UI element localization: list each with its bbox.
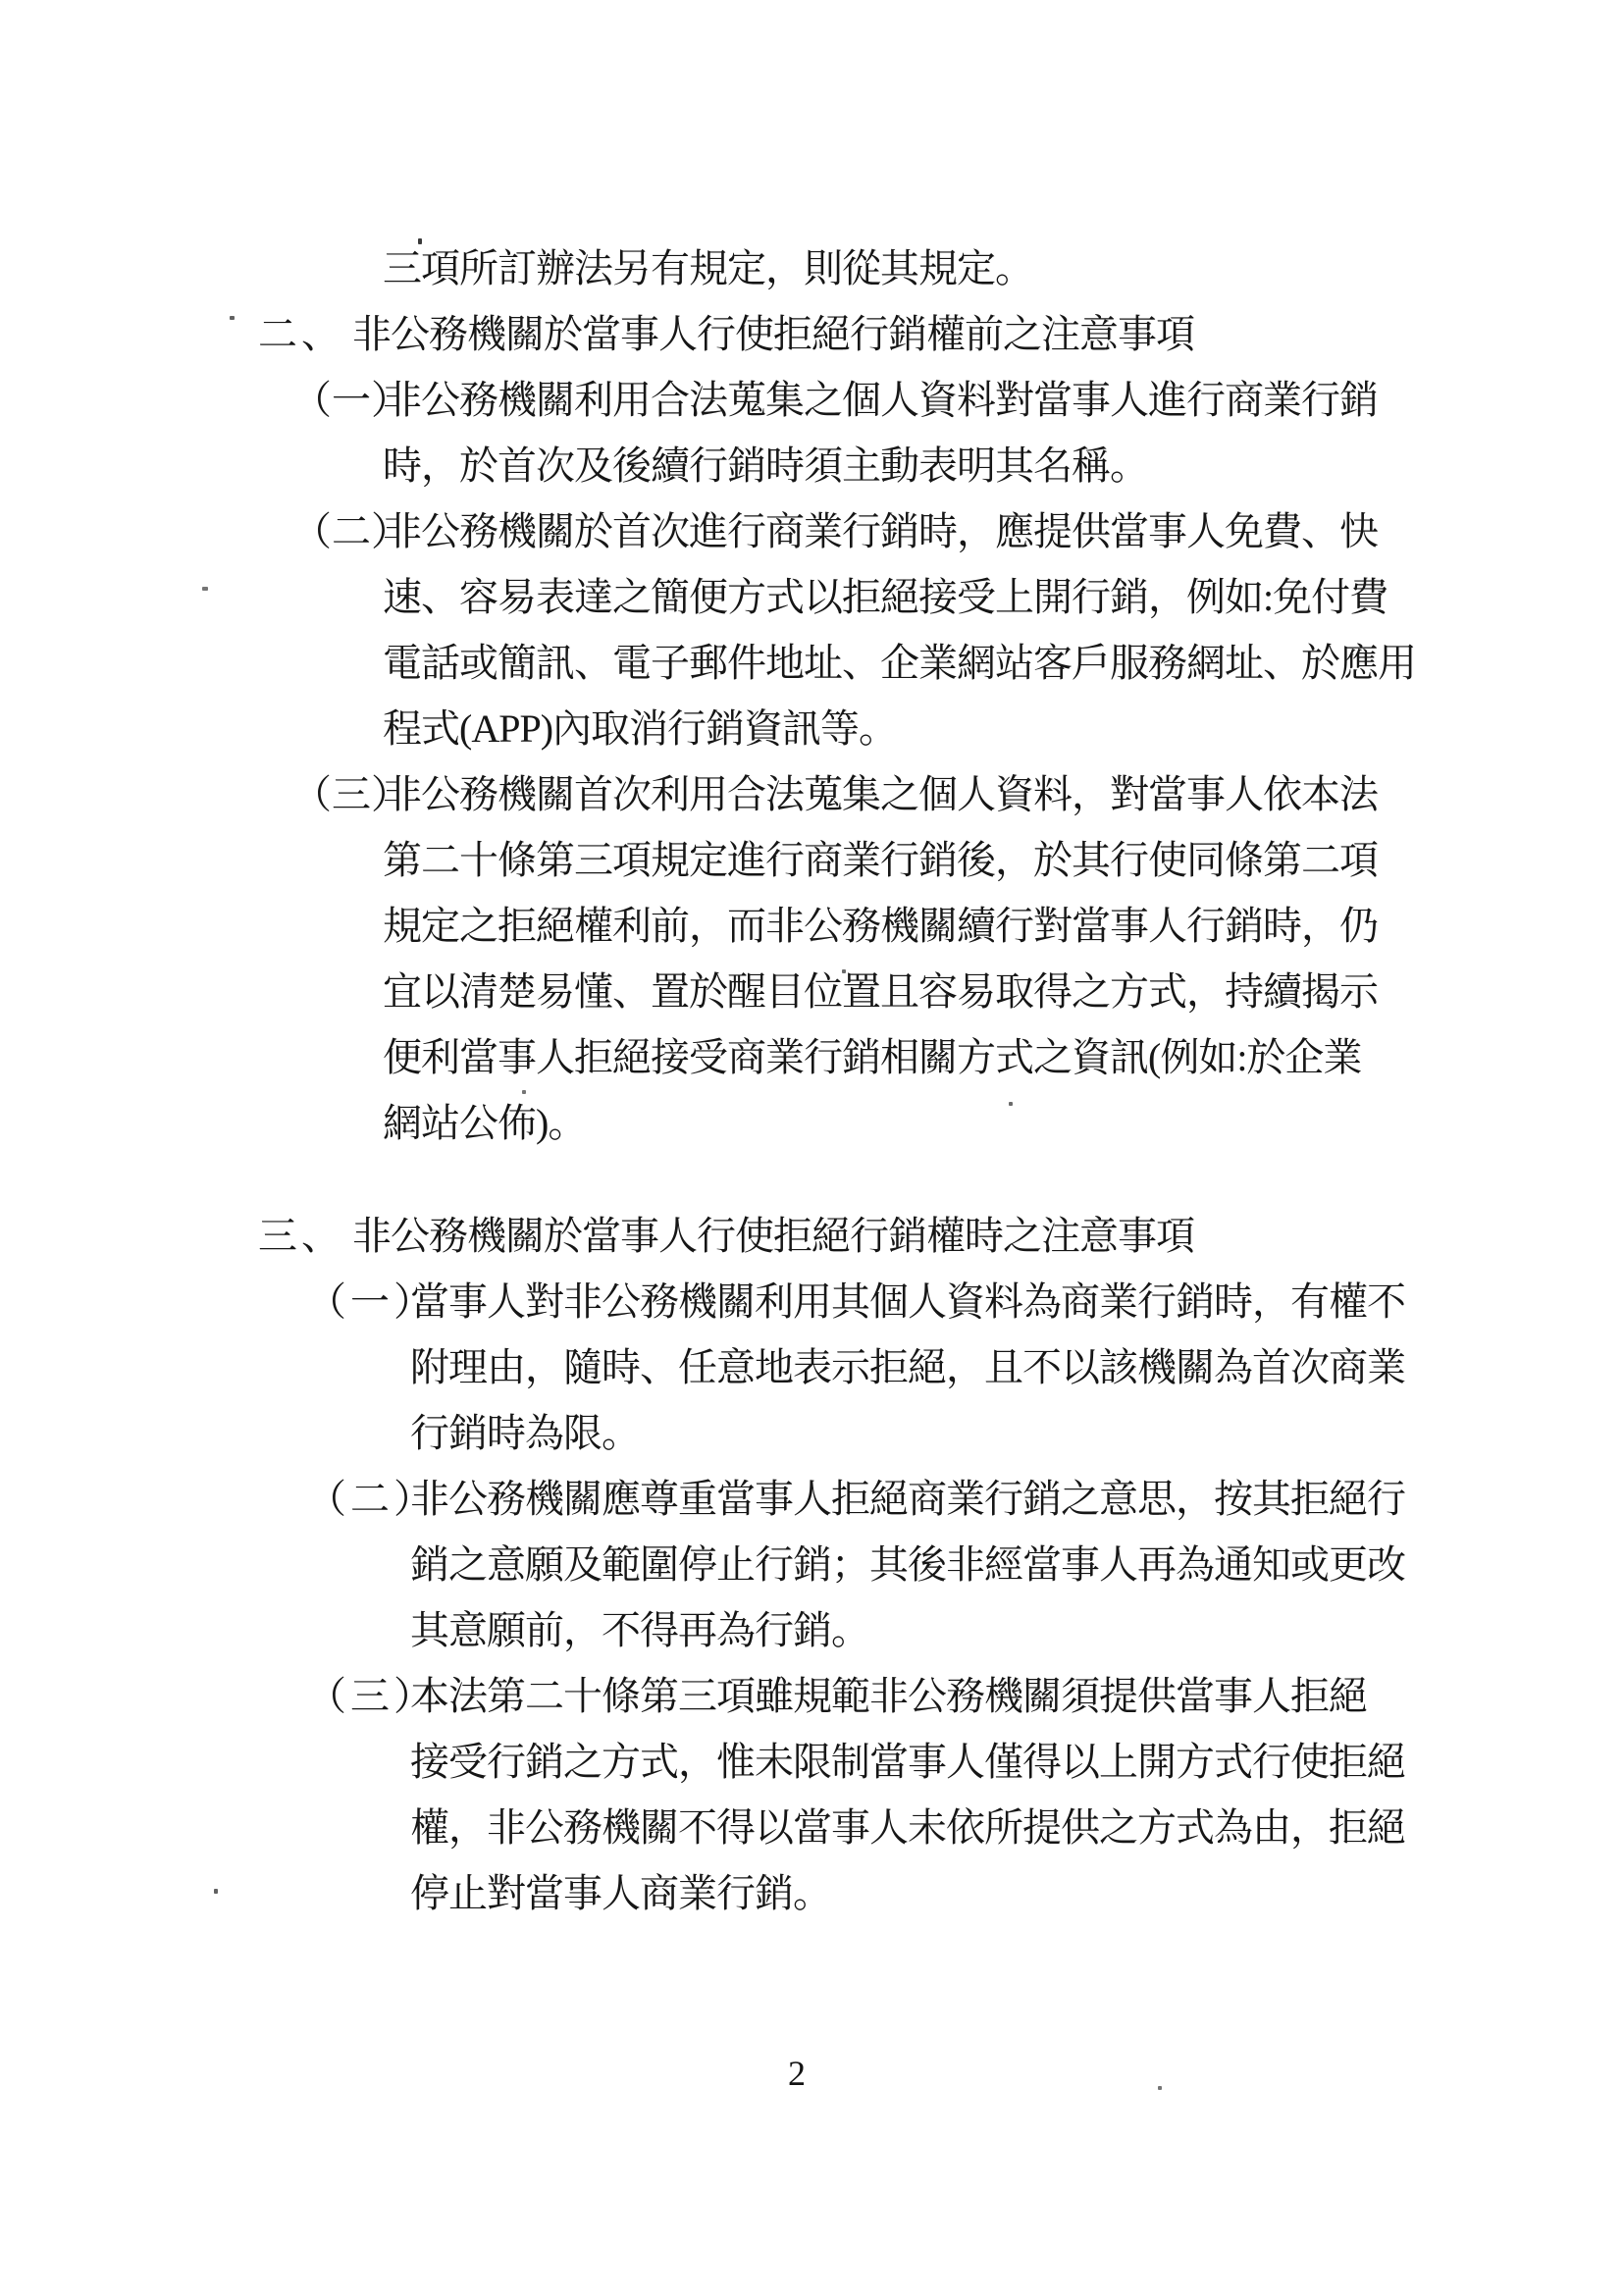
section-number: 三、	[258, 1203, 344, 1269]
line-text: 規定之拒絕權利前，而非公務機關續行對當事人行銷時，仍	[383, 904, 1378, 948]
text-line: 銷之意願及範圍停止行銷；其後非經當事人再為通知或更改	[0, 1532, 1623, 1597]
scanned-document-page: 三項所訂辦法另有規定，則從其規定。 二、非公務機關於當事人行使拒絕行銷權前之注意…	[0, 0, 1623, 2296]
line-text: 非公務機關於當事人行使拒絕行銷權前之注意事項	[352, 312, 1194, 356]
list-item: （一）當事人對非公務機關利用其個人資料為商業行銷時，有權不	[0, 1269, 1623, 1334]
line-text: 網站公佈)。	[383, 1101, 586, 1145]
line-text: 行銷時為限。	[410, 1411, 640, 1455]
line-text: 銷之意願及範圍停止行銷；其後非經當事人再為通知或更改	[410, 1542, 1405, 1587]
line-text: 程式(APP)內取消行銷資訊等。	[383, 706, 897, 751]
line-text: 其意願前，不得再為行銷。	[410, 1608, 869, 1652]
text-line: 宜以清楚易懂、置於醒目位置且容易取得之方式，持續揭示	[0, 959, 1623, 1024]
line-text: 非公務機關於首次進行商業行銷時，應提供當事人免費、快	[383, 509, 1378, 553]
item-number: （一）	[307, 1269, 410, 1334]
text-line: 附理由，隨時、任意地表示拒絕，且不以該機關為首次商業	[0, 1334, 1623, 1400]
text-line: 停止對當事人商業行銷。	[0, 1860, 1623, 1926]
text-line: 行銷時為限。	[0, 1400, 1623, 1466]
line-text: 非公務機關應尊重當事人拒絕商業行銷之意思，按其拒絕行	[410, 1477, 1405, 1521]
scan-speck	[1009, 1102, 1013, 1106]
text-line: 權，非公務機關不得以當事人未依所提供之方式為由，拒絕	[0, 1795, 1623, 1860]
list-item: （二）非公務機關於首次進行商業行銷時，應提供當事人免費、快	[0, 498, 1623, 564]
section-heading: 二、非公務機關於當事人行使拒絕行銷權前之注意事項	[0, 301, 1623, 367]
line-text: 本法第二十條第三項雖規範非公務機關須提供當事人拒絕	[410, 1674, 1367, 1718]
text-line: 時，於首次及後續行銷時須主動表明其名稱。	[0, 433, 1623, 498]
line-text: 非公務機關於當事人行使拒絕行銷權時之注意事項	[352, 1214, 1194, 1258]
line-text: 電話或簡訊、電子郵件地址、企業網站客戶服務網址、於應用	[383, 641, 1416, 685]
list-item: （二）非公務機關應尊重當事人拒絕商業行銷之意思，按其拒絕行	[0, 1466, 1623, 1532]
text-line: 接受行銷之方式，惟未限制當事人僅得以上開方式行使拒絕	[0, 1729, 1623, 1795]
list-item: （三）本法第二十條第三項雖規範非公務機關須提供當事人拒絕	[0, 1663, 1623, 1729]
scan-speck	[1158, 2086, 1162, 2090]
line-text: 停止對當事人商業行銷。	[410, 1871, 831, 1915]
text-line: 速、容易表達之簡便方式以拒絕接受上開行銷，例如:免付費	[0, 564, 1623, 630]
line-text: 宜以清楚易懂、置於醒目位置且容易取得之方式，持續揭示	[383, 969, 1378, 1014]
text-line: 網站公佈)。	[0, 1090, 1623, 1156]
line-text: 第二十條第三項規定進行商業行銷後，於其行使同條第二項	[383, 838, 1378, 882]
scan-speck	[1107, 1369, 1111, 1372]
scan-speck	[522, 1090, 526, 1094]
line-text: 當事人對非公務機關利用其個人資料為商業行銷時，有權不	[410, 1279, 1405, 1324]
line-text: 便利當事人拒絕接受商業行銷相關方式之資訊(例如:於企業	[383, 1035, 1361, 1079]
scan-speck	[230, 316, 235, 320]
line-text: 權，非公務機關不得以當事人未依所提供之方式為由，拒絕	[410, 1805, 1405, 1850]
text-line: 三項所訂辦法另有規定，則從其規定。	[0, 235, 1623, 301]
scan-speck	[214, 1889, 218, 1894]
line-text: 速、容易表達之簡便方式以拒絕接受上開行銷，例如:免付費	[383, 575, 1387, 619]
text-line: 其意願前，不得再為行銷。	[0, 1597, 1623, 1663]
text-line: 電話或簡訊、電子郵件地址、企業網站客戶服務網址、於應用	[0, 630, 1623, 696]
line-text: 三項所訂辦法另有規定，則從其規定。	[383, 246, 1033, 290]
item-number: （二）	[292, 498, 383, 564]
section-number: 二、	[258, 301, 344, 367]
text-line: 規定之拒絕權利前，而非公務機關續行對當事人行銷時，仍	[0, 893, 1623, 959]
scan-speck	[202, 587, 208, 591]
item-number: （三）	[292, 761, 383, 827]
line-text: 時，於首次及後續行銷時須主動表明其名稱。	[383, 444, 1148, 488]
document-text-block: 三項所訂辦法另有規定，則從其規定。 二、非公務機關於當事人行使拒絕行銷權前之注意…	[0, 235, 1623, 1926]
item-number: （二）	[307, 1466, 410, 1532]
text-line: 便利當事人拒絕接受商業行銷相關方式之資訊(例如:於企業	[0, 1024, 1623, 1090]
line-text: 非公務機關利用合法蒐集之個人資料對當事人進行商業行銷	[383, 378, 1378, 422]
list-item: （一）非公務機關利用合法蒐集之個人資料對當事人進行商業行銷	[0, 367, 1623, 433]
text-line: 程式(APP)內取消行銷資訊等。	[0, 696, 1623, 761]
item-number: （三）	[307, 1663, 410, 1729]
item-number: （一）	[292, 367, 383, 433]
scan-speck	[472, 1371, 476, 1374]
line-text: 接受行銷之方式，惟未限制當事人僅得以上開方式行使拒絕	[410, 1740, 1405, 1784]
page-number: 2	[0, 2053, 1594, 2094]
list-item: （三）非公務機關首次利用合法蒐集之個人資料，對當事人依本法	[0, 761, 1623, 827]
section-heading: 三、非公務機關於當事人行使拒絕行銷權時之注意事項	[0, 1203, 1623, 1269]
scan-speck	[418, 238, 422, 244]
line-text: 附理由，隨時、任意地表示拒絕，且不以該機關為首次商業	[410, 1345, 1405, 1389]
scan-speck	[842, 969, 846, 973]
line-text: 非公務機關首次利用合法蒐集之個人資料，對當事人依本法	[383, 772, 1378, 816]
text-line: 第二十條第三項規定進行商業行銷後，於其行使同條第二項	[0, 827, 1623, 893]
